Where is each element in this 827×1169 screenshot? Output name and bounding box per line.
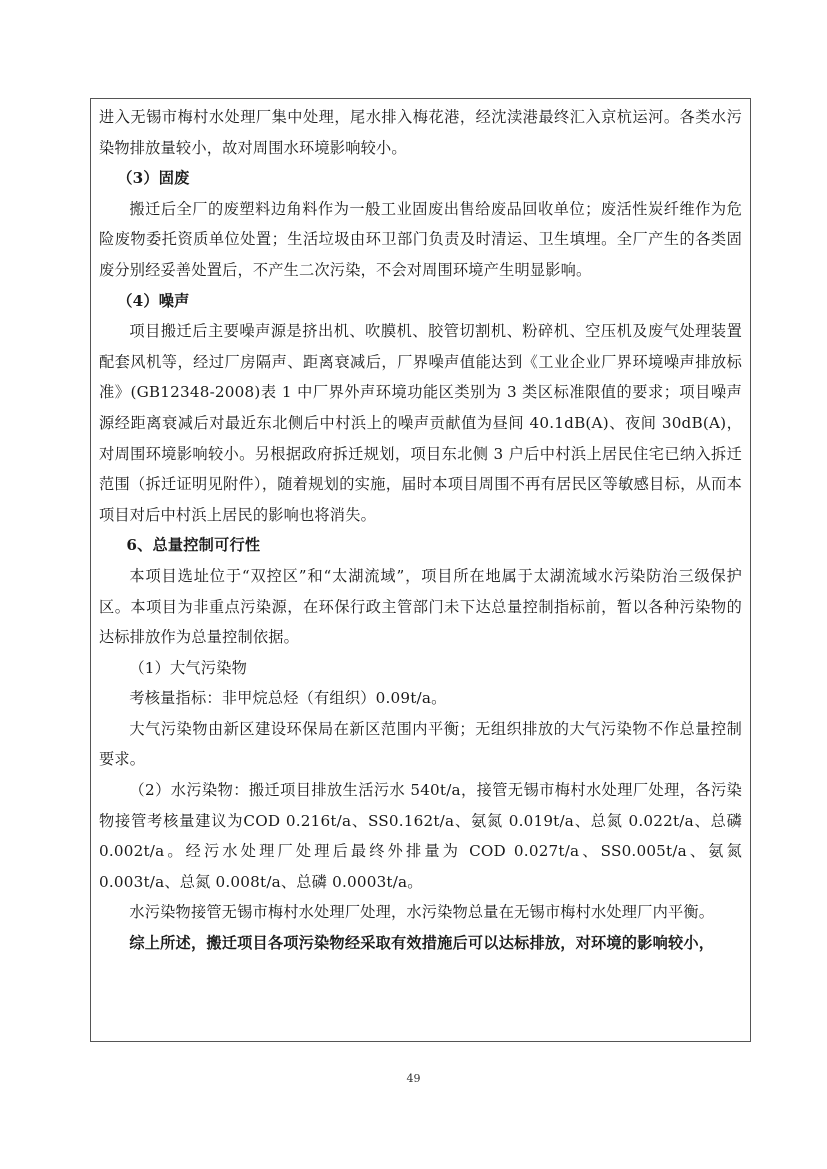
heading-total-control: 6、总量控制可行性 [99,530,742,561]
air-pollutant-index: 考核量指标：非甲烷总烃（有组织）0.09t/a。 [99,683,742,714]
heading-noise: （4）噪声 [99,286,742,317]
content-frame: 进入无锡市梅村水处理厂集中处理，尾水排入梅花港，经沈渎港最终汇入京杭运河。各类水… [90,98,751,1042]
noise-paragraph: 项目搬迁后主要噪声源是挤出机、吹膜机、胶管切割机、粉碎机、空压机及废气处理装置配… [99,316,742,530]
solid-waste-paragraph: 搬迁后全厂的废塑料边角料作为一般工业固废出售给废品回收单位；废活性炭纤维作为危险… [99,194,742,286]
water-pollutant-totals: （2）水污染物：搬迁项目排放生活污水 540t/a，接管无锡市梅村水处理厂处理，… [99,775,742,897]
conclusion-paragraph: 综上所述，搬迁项目各项污染物经采取有效措施后可以达标排放，对环境的影响较小， [99,928,742,959]
heading-solid-waste: （3）固废 [99,163,742,194]
total-control-paragraph: 本项目选址位于“双控区”和“太湖流域”，项目所在地属于太湖流域水污染防治三级保护… [99,561,742,653]
air-pollutant-balance: 大气污染物由新区建设环保局在新区范围内平衡；无组织排放的大气污染物不作总量控制要… [99,714,742,775]
air-pollutant-title: （1）大气污染物 [99,653,742,684]
page-number: 49 [0,1072,827,1085]
water-impact-continuation: 进入无锡市梅村水处理厂集中处理，尾水排入梅花港，经沈渎港最终汇入京杭运河。各类水… [99,102,742,163]
water-pollutant-balance: 水污染物接管无锡市梅村水处理厂处理，水污染物总量在无锡市梅村水处理厂内平衡。 [99,897,742,928]
